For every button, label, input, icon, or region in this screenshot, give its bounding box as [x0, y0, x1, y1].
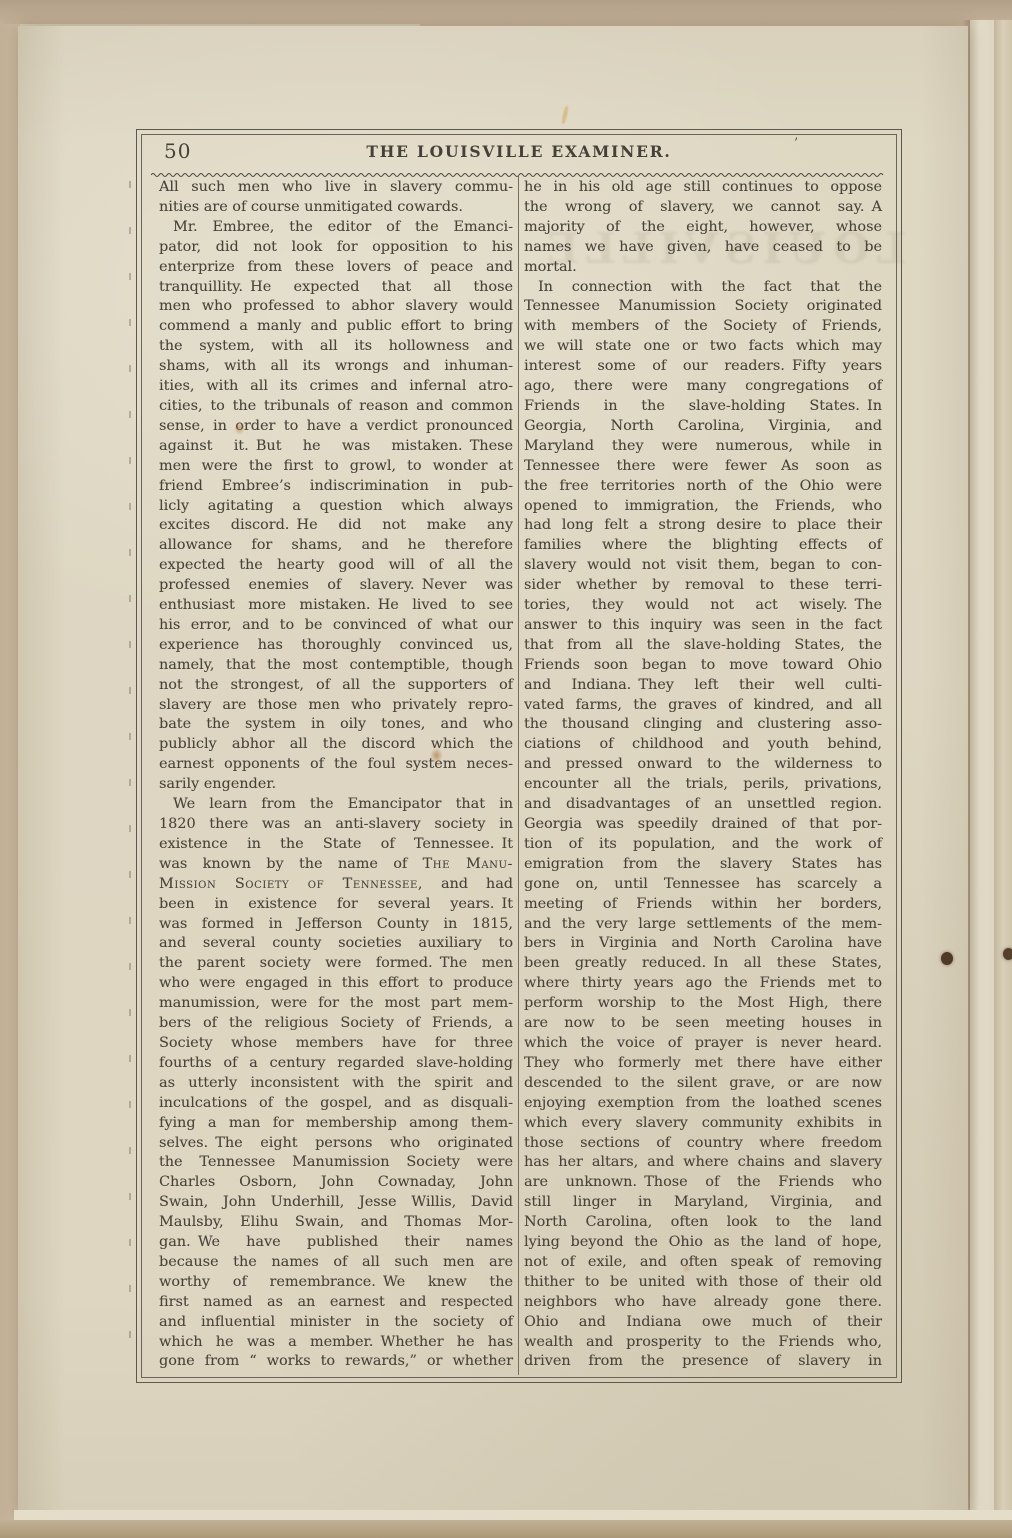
foxing-stain: [682, 1264, 691, 1273]
text-line: and several county societies auxiliary t…: [159, 934, 513, 954]
text-line: answer to this inquiry was seen in the f…: [524, 616, 882, 636]
text-line: are now to be seen meeting houses in: [524, 1014, 882, 1034]
foxing-stain: [430, 748, 443, 763]
text-line: expected the hearty good will of all the: [159, 556, 513, 576]
text-line: gone from “ works to rewards,” or whethe…: [159, 1352, 513, 1372]
text-line: experience has thoroughly convinced us,: [159, 636, 513, 656]
text-line: we will state one or two facts which may: [524, 337, 882, 357]
wormhole-dot: [1003, 948, 1012, 960]
text-line: names we have given, have ceased to be: [524, 238, 882, 258]
book-top-edge: [0, 0, 1012, 25]
text-line: gone on, until Tennessee has scarcely a: [524, 875, 882, 895]
text-line: friend Embree’s indiscrimination in pub-: [159, 477, 513, 497]
text-line: where thirty years ago the Friends met t…: [524, 974, 882, 994]
text-line: Society whose members have for three: [159, 1034, 513, 1054]
text-line: which every slavery community exhibits i…: [524, 1114, 882, 1134]
text-line: We learn from the Emancipator that in: [159, 795, 513, 815]
left-column: All such men who live in slavery commu-n…: [159, 178, 513, 1372]
text-line: manumission, were for the most part mem-: [159, 994, 513, 1014]
text-line: publicly abhor all the discord which the: [159, 735, 513, 755]
book-left-edge: [0, 24, 20, 1538]
text-line: the wrong of slavery, we cannot say. A: [524, 198, 882, 218]
text-line: been in existence for several years. It: [159, 895, 513, 915]
stray-mark: ’: [794, 136, 798, 151]
page-edge-strip: [994, 20, 1012, 1520]
text-line: was known by the name of The Manu-: [159, 855, 513, 875]
text-line: meeting of Friends within her borders,: [524, 895, 882, 915]
text-line: enterprize from these lovers of peace an…: [159, 258, 513, 278]
column-divider: [518, 175, 519, 1375]
text-line: neighbors who have already gone there.: [524, 1293, 882, 1313]
text-line: cities, to the tribunals of reason and c…: [159, 397, 513, 417]
text-line: They who formerly met there have either: [524, 1054, 882, 1074]
text-line: Tennessee Manumission Society originated: [524, 297, 882, 317]
text-line: Georgia, North Carolina, Virginia, and: [524, 417, 882, 437]
text-line: earnest opponents of the foul system nec…: [159, 755, 513, 775]
text-line: first named as an earnest and respected: [159, 1293, 513, 1313]
text-line: who were engaged in this effort to produ…: [159, 974, 513, 994]
binding-tick-marks: [129, 181, 131, 1371]
text-line: tranquillity. He expected that all those: [159, 278, 513, 298]
paper-fiber-mark: [561, 106, 569, 124]
text-line: encounter all the trials, perils, privat…: [524, 775, 882, 795]
page-edge-strips: [966, 20, 1012, 1520]
text-line: Mission Society of Tennessee, and had: [159, 875, 513, 895]
wormhole-dot: [941, 952, 953, 965]
text-line: the free territories north of the Ohio w…: [524, 477, 882, 497]
text-line: opened to immigration, the Friends, who: [524, 497, 882, 517]
text-line: against it. But he was mistaken. These: [159, 437, 513, 457]
text-line: 1820 there was an anti-slavery society i…: [159, 815, 513, 835]
text-line: excites discord. He did not make any: [159, 516, 513, 536]
text-line: Mr. Embree, the editor of the Emanci-: [159, 218, 513, 238]
text-line: bers of the religious Society of Friends…: [159, 1014, 513, 1034]
text-line: perform worship to the Most High, there: [524, 994, 882, 1014]
text-line: Friends in the slave-holding States. In: [524, 397, 882, 417]
text-line: nities are of course unmitigated cowards…: [159, 198, 513, 218]
text-line: sarily engender.: [159, 775, 513, 795]
foxing-stain: [234, 422, 245, 435]
text-line: majority of the eight, however, whose: [524, 218, 882, 238]
text-line: Maulsby, Elihu Swain, and Thomas Mor-: [159, 1213, 513, 1233]
text-line: wealth and prosperity to the Friends who…: [524, 1333, 882, 1353]
text-line: tion of its population, and the work of: [524, 835, 882, 855]
text-line: inculcations of the gospel, and as disqu…: [159, 1094, 513, 1114]
text-line: mortal.: [524, 258, 882, 278]
text-line: Friends soon began to move toward Ohio: [524, 656, 882, 676]
text-line: his error, and to be convinced of what o…: [159, 616, 513, 636]
text-line: thither to be united with those of their…: [524, 1273, 882, 1293]
text-line: licly agitating a question which always: [159, 497, 513, 517]
text-line: pator, did not look for opposition to hi…: [159, 238, 513, 258]
text-line: tories, they would not act wisely. The: [524, 596, 882, 616]
text-line: still linger in Maryland, Virginia, and: [524, 1193, 882, 1213]
text-line: which he was a member. Whether he has: [159, 1333, 513, 1353]
text-line: Georgia was speedily drained of that por…: [524, 815, 882, 835]
text-line: shams, with all its wrongs and inhuman-: [159, 357, 513, 377]
printed-frame: 50 THE LOUISVILLE EXAMINER. ’ All such m…: [136, 129, 902, 1383]
masthead-title: THE LOUISVILLE EXAMINER.: [137, 142, 901, 161]
text-line: and disadvantages of an unsettled region…: [524, 795, 882, 815]
text-line: and the very large settlements of the me…: [524, 915, 882, 935]
text-line: ago, there were many congregations of: [524, 377, 882, 397]
text-line: not of exile, and often speak of removin…: [524, 1253, 882, 1273]
text-line: slavery are those men who privately repr…: [159, 696, 513, 716]
text-line: selves. The eight persons who originated: [159, 1134, 513, 1154]
text-line: bers in Virginia and North Carolina have: [524, 934, 882, 954]
text-columns: All such men who live in slavery commu-n…: [159, 178, 882, 1374]
text-line: as utterly inconsistent with the spirit …: [159, 1074, 513, 1094]
text-line: enjoying exemption from the loathed scen…: [524, 1094, 882, 1114]
text-line: he in his old age still continues to opp…: [524, 178, 882, 198]
text-line: the Tennessee Manumission Society were: [159, 1153, 513, 1173]
text-line: bate the system in oily tones, and who: [159, 715, 513, 735]
text-line: allowance for shams, and he therefore: [159, 536, 513, 556]
text-line: are unknown. Those of the Friends who: [524, 1173, 882, 1193]
text-line: emigration from the slavery States has: [524, 855, 882, 875]
text-line: gan. We have published their names: [159, 1233, 513, 1253]
text-line: vated farms, the graves of kindred, and …: [524, 696, 882, 716]
text-line: sider whether by removal to these terri-: [524, 576, 882, 596]
text-line: lying beyond the Ohio as the land of hop…: [524, 1233, 882, 1253]
text-line: families where the blighting effects of: [524, 536, 882, 556]
text-line: Maryland they were numerous, while in: [524, 437, 882, 457]
book-bottom-edge: [0, 1520, 1012, 1538]
text-line: was formed in Jefferson County in 1815,: [159, 915, 513, 935]
text-line: not the strongest, of all the supporters…: [159, 676, 513, 696]
text-line: the parent society were formed. The men: [159, 954, 513, 974]
text-line: the system, with all its hollowness and: [159, 337, 513, 357]
text-line: men were the first to growl, to wonder a…: [159, 457, 513, 477]
text-line: and Indiana. They left their well culti-: [524, 676, 882, 696]
text-line: fying a man for membership among them-: [159, 1114, 513, 1134]
right-column: he in his old age still continues to opp…: [524, 178, 882, 1372]
wavy-rule: [151, 164, 885, 172]
text-line: Ohio and Indiana owe much of their: [524, 1313, 882, 1333]
text-line: ciations of childhood and youth behind,: [524, 735, 882, 755]
text-line: men who professed to abhor slavery would: [159, 297, 513, 317]
text-line: Charles Osborn, John Cownaday, John: [159, 1173, 513, 1193]
text-line: interest some of our readers. Fifty year…: [524, 357, 882, 377]
text-line: In connection with the fact that the: [524, 278, 882, 298]
text-line: slavery would not visit them, began to c…: [524, 556, 882, 576]
text-line: North Carolina, often look to the land: [524, 1213, 882, 1233]
text-line: the thousand clinging and clustering ass…: [524, 715, 882, 735]
text-line: professed enemies of slavery. Never was: [159, 576, 513, 596]
text-line: fourths of a century regarded slave-hold…: [159, 1054, 513, 1074]
text-line: sense, in order to have a verdict pronou…: [159, 417, 513, 437]
text-line: and influential minister in the society …: [159, 1313, 513, 1333]
page-edge-strip: [970, 20, 994, 1520]
text-line: which the voice of prayer is never heard…: [524, 1034, 882, 1054]
text-line: worthy of remembrance. We knew the: [159, 1273, 513, 1293]
text-line: enthusiast more mistaken. He lived to se…: [159, 596, 513, 616]
text-line: with members of the Society of Friends,: [524, 317, 882, 337]
text-line: had long felt a strong desire to place t…: [524, 516, 882, 536]
text-line: Tennessee there were fewer As soon as: [524, 457, 882, 477]
text-line: Swain, John Underhill, Jesse Willis, Dav…: [159, 1193, 513, 1213]
text-line: All such men who live in slavery commu-: [159, 178, 513, 198]
text-line: driven from the presence of slavery in: [524, 1352, 882, 1372]
text-line: commend a manly and public effort to bri…: [159, 317, 513, 337]
text-line: has her altars, and where chains and sla…: [524, 1153, 882, 1173]
paper-page: LOUISVILLE 50 THE LOUISVILLE EXAMINER. ’…: [18, 26, 968, 1514]
text-line: those sections of country where freedom: [524, 1134, 882, 1154]
text-line: and pressed onward to the wilderness to: [524, 755, 882, 775]
text-line: descended to the silent grave, or are no…: [524, 1074, 882, 1094]
text-line: because the names of all such men are: [159, 1253, 513, 1273]
scan-background: { "scan": { "page_number": "50", "masthe…: [0, 0, 1012, 1538]
text-line: that from all the slave-holding States, …: [524, 636, 882, 656]
text-line: been greatly reduced. In all these State…: [524, 954, 882, 974]
text-line: existence in the State of Tennessee. It: [159, 835, 513, 855]
text-line: ities, with all its crimes and infernal …: [159, 377, 513, 397]
text-line: namely, that the most contemptible, thou…: [159, 656, 513, 676]
